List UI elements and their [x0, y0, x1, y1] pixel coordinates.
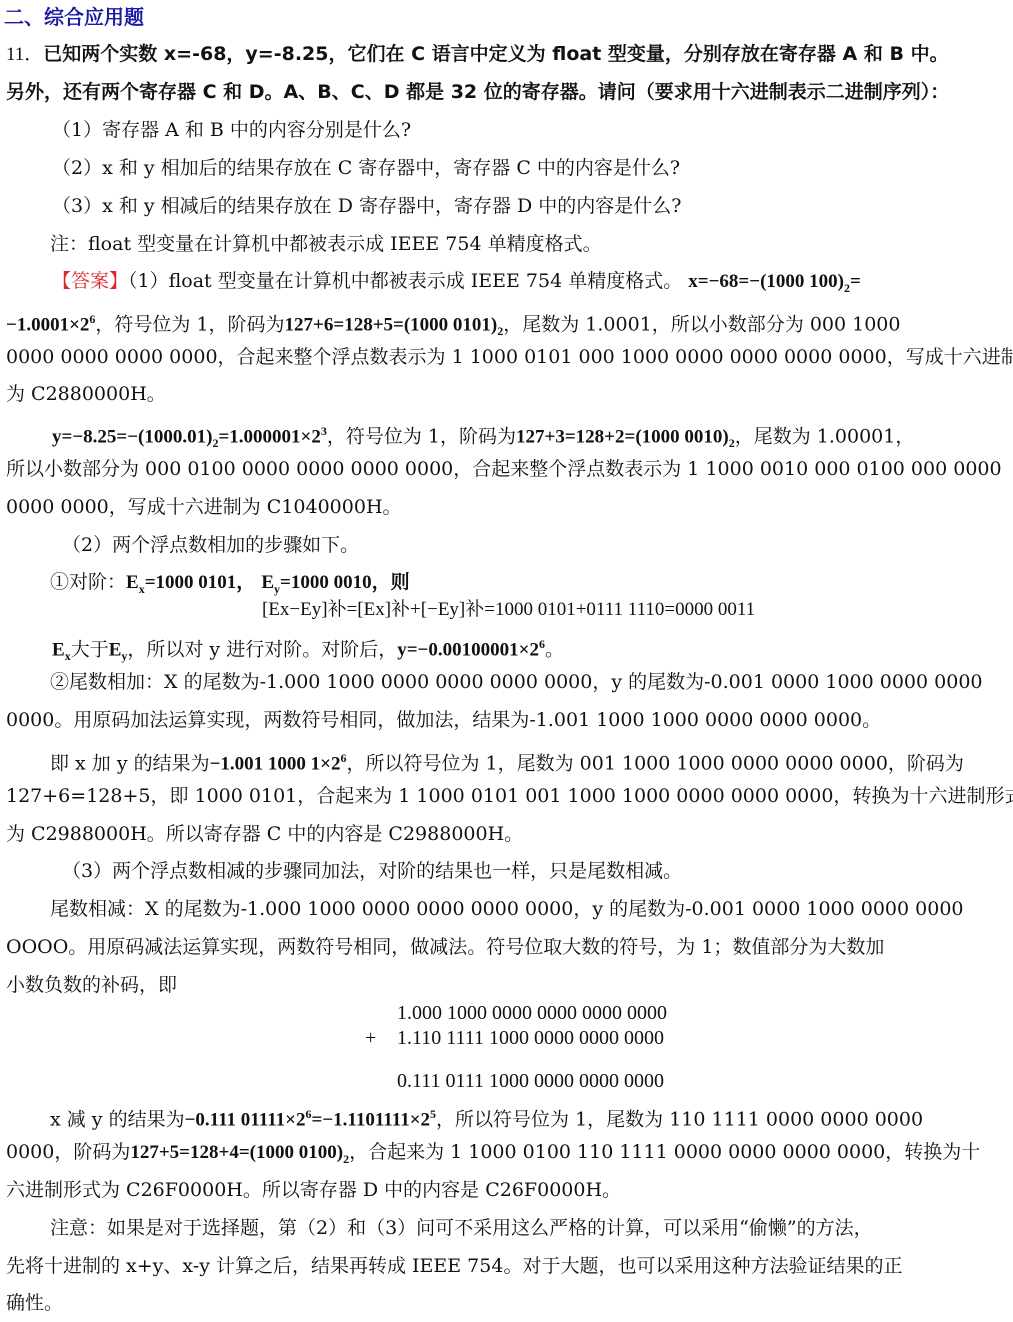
question-note: 注：float 型变量在计算机中都被表示成 IEEE 754 单精度格式。	[50, 231, 602, 257]
step1-conclusion: Ex大于Ey，所以对 y 进行对阶。对阶后，y=−0.00100001×26。	[52, 631, 564, 669]
step1-formula: [Ex−Ey]补=[Ex]补+[−Ey]补=1000 0101+0111 111…	[262, 598, 755, 622]
add-result-line3: 为 C2988000H。所以寄存器 C 中的内容是 C2988000H。	[6, 821, 523, 847]
section-heading: 二、综合应用题	[4, 4, 144, 30]
add-result-line2: 127+6=128+5，即 1000 0101，合起来为 1 1000 0101…	[6, 783, 1013, 809]
note-line2: 先将十进制的 x+y、x-y 计算之后，结果再转成 IEEE 754。对于大题，…	[6, 1253, 902, 1279]
answer-part3-intro: （3）两个浮点数相减的步骤同加法，对阶的结果也一样，只是尾数相减。	[62, 858, 682, 884]
sub-question-2: （2）x 和 y 相加后的结果存放在 C 寄存器中，寄存器 C 中的内容是什么?	[52, 155, 680, 181]
answer-part2-intro: （2）两个浮点数相加的步骤如下。	[62, 532, 359, 558]
answer-part1-line3: 0000 0000 0000 0000，合起来整个浮点数表示为 1 1000 0…	[6, 344, 1013, 370]
part3-line3: 小数负数的补码，即	[6, 972, 177, 998]
step2-line1: ②尾数相加：X 的尾数为-1.000 1000 0000 0000 0000 0…	[50, 669, 983, 695]
answer-part1-line2: −1.0001×26，符号位为 1，阶码为127+6=128+5=(1000 0…	[6, 306, 901, 344]
part3-line1: 尾数相减：X 的尾数为-1.000 1000 0000 0000 0000 00…	[50, 896, 964, 922]
note-line3: 确性。	[6, 1290, 63, 1316]
answer-part1-line4: 为 C2880000H。	[6, 381, 166, 407]
answer-label: 【答案】	[52, 270, 128, 292]
question-text-1: 已知两个实数 x=-68，y=-8.25，它们在 C 语言中定义为 float …	[43, 43, 948, 65]
answer-part1-line5: y=−8.25=−(1000.01)2=1.000001×23，符号位为 1，阶…	[52, 418, 914, 456]
part3-line2: OOOO。用原码减法运算实现，两数符号相同，做减法。符号位取大数的符号，为 1；…	[6, 934, 884, 960]
note-line1: 注意：如果是对于选择题，第（2）和（3）问可不采用这么严格的计算，可以采用“偷懒…	[50, 1215, 873, 1241]
answer-part1-line1: 【答案】（1）float 型变量在计算机中都被表示成 IEEE 754 单精度格…	[52, 268, 861, 301]
calc-row1: 1.000 1000 0000 0000 0000 0000	[397, 1001, 667, 1025]
add-result-line1: 即 x 加 y 的结果为−1.001 1000 1×26，所以符号位为 1，尾数…	[50, 745, 964, 777]
answer-part1-line6: 所以小数部分为 000 0100 0000 0000 0000 0000，合起来…	[6, 456, 1002, 482]
sub-result-line3: 六进制形式为 C26F0000H。所以寄存器 D 中的内容是 C26F0000H…	[6, 1177, 621, 1203]
step1-align: ①对阶：Ex=1000 0101， Ey=1000 0010，则	[50, 569, 410, 602]
calc-result: 0.111 0111 1000 0000 0000 0000	[397, 1069, 664, 1093]
sub-question-1: （1）寄存器 A 和 B 中的内容分别是什么?	[52, 117, 411, 143]
question-number: 11．	[6, 44, 43, 65]
step2-line2: 0000。用原码加法运算实现，两数符号相同，做加法，结果为-1.001 1000…	[6, 707, 881, 733]
answer-part1-line7: 0000 0000，写成十六进制为 C1040000H。	[6, 494, 402, 520]
question-line-1: 11．已知两个实数 x=-68，y=-8.25，它们在 C 语言中定义为 flo…	[6, 41, 949, 68]
sub-result-line2: 0000，阶码为127+5=128+4=(1000 0100)2，合起来为 1 …	[6, 1139, 980, 1172]
sub-result-line1: x 减 y 的结果为−0.111 01111×26=−1.1101111×25，…	[50, 1101, 923, 1133]
question-line-2: 另外，还有两个寄存器 C 和 D。A、B、C、D 都是 32 位的寄存器。请问（…	[6, 79, 949, 105]
sub-question-3: （3）x 和 y 相减后的结果存放在 D 寄存器中，寄存器 D 中的内容是什么?	[52, 193, 681, 219]
calc-row2: 1.110 1111 1000 0000 0000 0000	[397, 1026, 664, 1050]
calc-plus: +	[365, 1026, 376, 1050]
